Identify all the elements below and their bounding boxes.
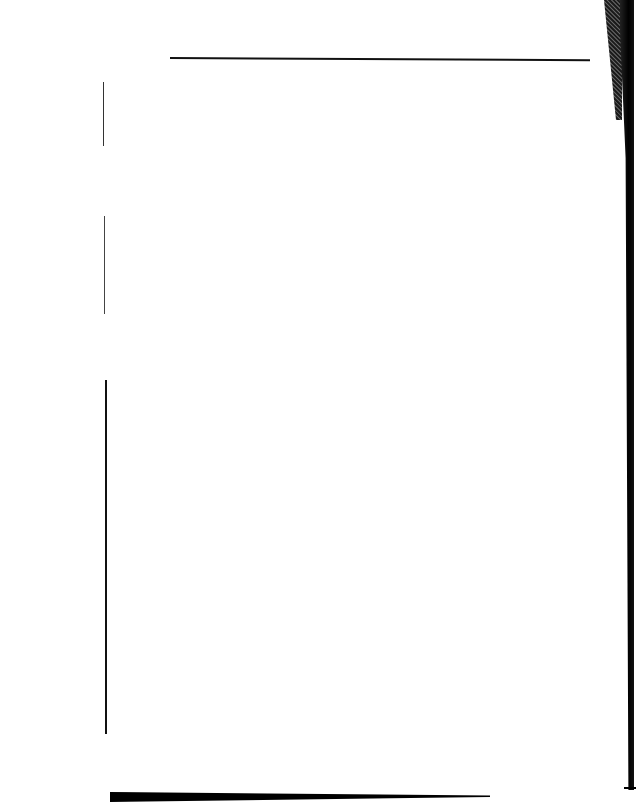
- scanned-page: [0, 0, 644, 808]
- left-border-line: [103, 82, 104, 146]
- scan-edge-shadow: [592, 0, 622, 120]
- top-border-line: [170, 57, 590, 61]
- corner-mark: [624, 787, 636, 789]
- bottom-border-line: [110, 792, 490, 802]
- left-border-line: [105, 380, 107, 734]
- page-edge-shadow: [620, 0, 634, 790]
- left-border-line: [104, 216, 105, 314]
